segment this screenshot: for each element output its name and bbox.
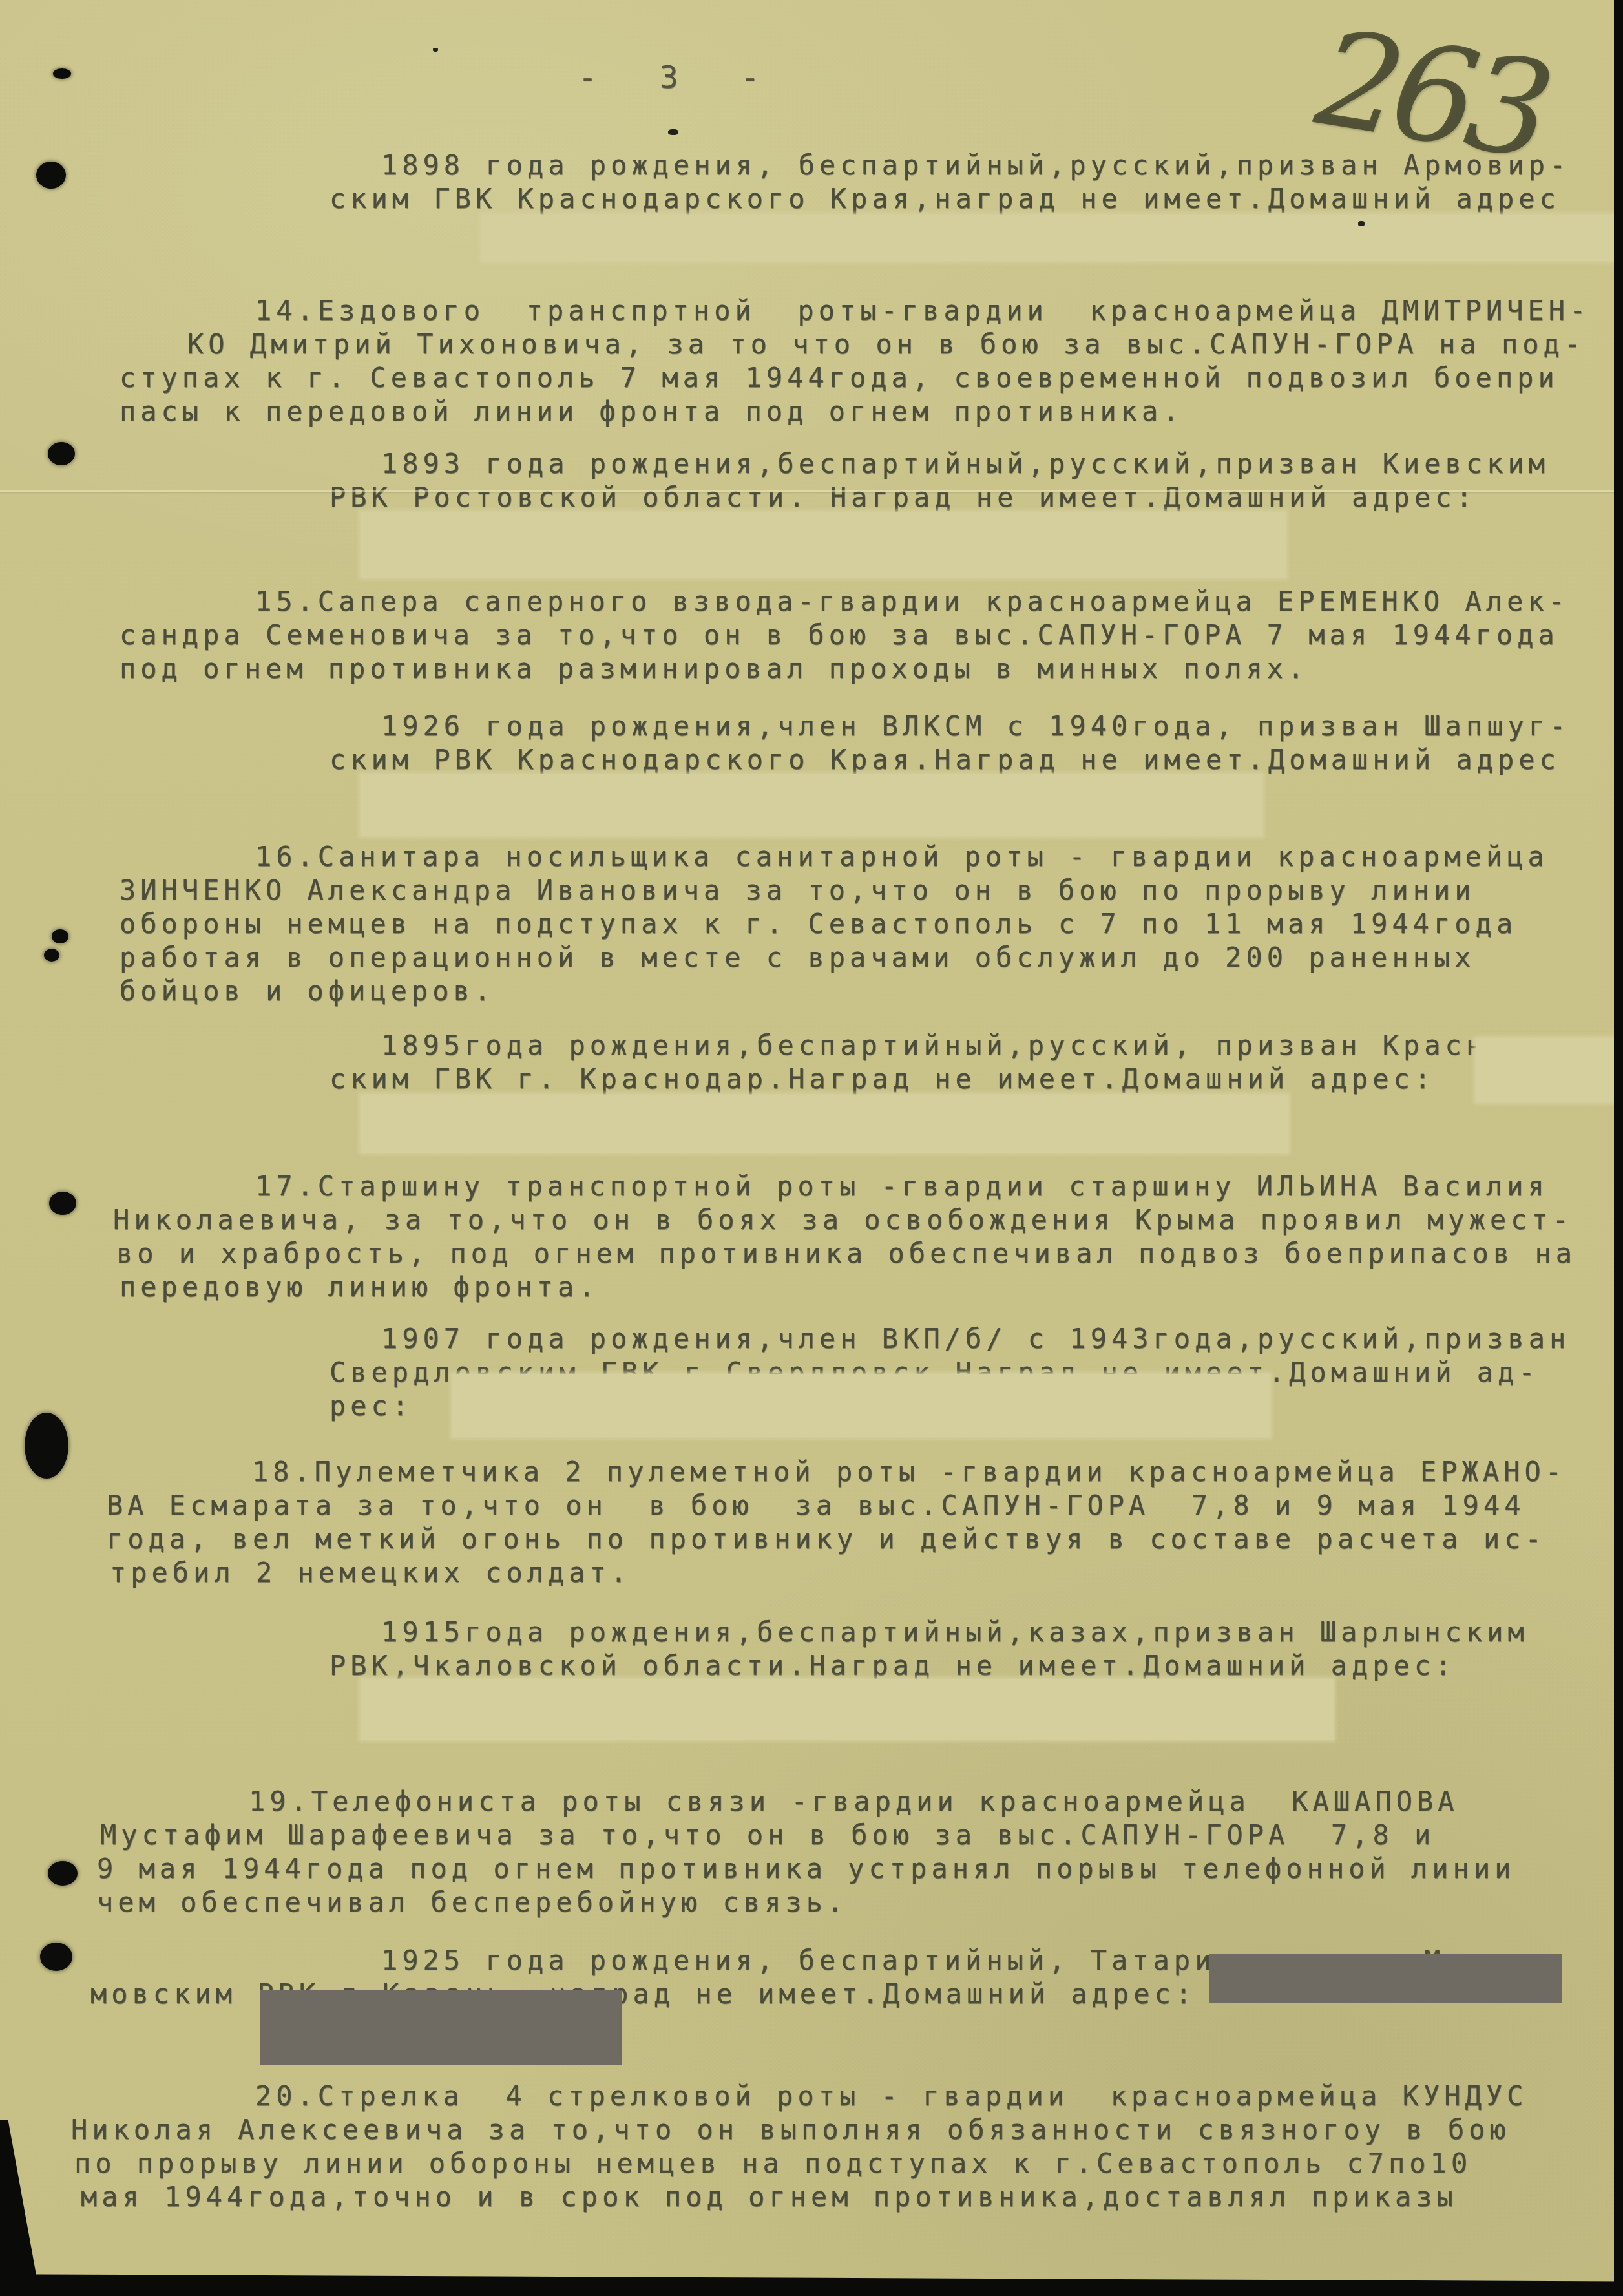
entry-13-continuation-bio-line: ским ГВК Краснодарского Края,наград не и… [330, 182, 1560, 216]
entry-18-bio-line: 1915года рождения,беспартийный,казах,при… [381, 1616, 1529, 1649]
entry-14-citation-line: КО Дмитрий Тихоновича, за то что он в бо… [187, 328, 1585, 361]
redaction-block-light [452, 1374, 1270, 1437]
punch-hole [36, 162, 66, 189]
entry-18-bio-line: РВК,Чкаловской области.Наград не имеет.Д… [330, 1649, 1456, 1683]
entry-19-citation-line: 19.Телефониста роты связи -гвардии красн… [249, 1785, 1459, 1818]
redaction-block-light [361, 512, 1286, 578]
redaction-block-light [1476, 1038, 1623, 1102]
punch-hole [25, 1413, 68, 1479]
entry-17-bio-line: 1907 года рождения,член ВКП/б/ с 1943год… [381, 1322, 1570, 1356]
entry-18-citation-line: 18.Пулеметчика 2 пулеметной роты -гварди… [252, 1455, 1566, 1489]
entry-16-citation-line: 16.Санитара носильщика санитарной роты -… [255, 840, 1549, 874]
entry-15-bio-line: ским РВК Краснодарского Края.Наград не и… [330, 743, 1560, 777]
entry-14-citation-line: пасы к передовой линии фронта под огнем … [120, 395, 1184, 428]
entry-17-citation-line: передовую линию фронта. [120, 1270, 600, 1304]
entry-20-citation-line: Николая Алексеевича за то,что он выполня… [71, 2113, 1511, 2147]
entry-14-citation-line: 14.Ездового транспртной роты-гвардии кра… [255, 294, 1590, 328]
redaction-block-light [361, 1095, 1288, 1153]
redaction-block-light [361, 774, 1262, 836]
entry-16-bio-line: 1895года рождения,беспартийный,русский, … [381, 1029, 1591, 1062]
redaction-block-dark [1209, 1954, 1562, 2003]
entry-19-bio-line: мовским РВК г.Казань. наград не имеет.До… [90, 1977, 1196, 2011]
entry-20-citation-line: по прорыву линии обороны немцев на подст… [74, 2147, 1472, 2180]
punch-hole [44, 949, 59, 962]
entry-13-continuation-bio-line: 1898 года рождения, беспартийный,русский… [381, 149, 1570, 182]
entry-17-bio-line: рес: [330, 1389, 413, 1423]
entry-19-citation-line: 9 мая 1944года под огнем противника устр… [97, 1852, 1515, 1886]
punch-hole [48, 442, 75, 465]
entry-20-citation-line: 20.Стрелка 4 стрелковой роты - гвардии к… [255, 2080, 1527, 2113]
paper-crease [0, 490, 1615, 492]
entry-18-citation-line: года, вел меткий огонь по противнику и д… [107, 1522, 1546, 1556]
entry-16-citation-line: ЗИНЧЕНКО Александра Ивановича за то,что … [120, 874, 1476, 907]
entry-17-citation-line: во и храбрость, под огнем противника обе… [116, 1237, 1576, 1270]
redaction-block-light [361, 1679, 1334, 1740]
redaction-block-dark [260, 1990, 622, 2065]
punch-hole [49, 1192, 76, 1215]
page-number: - 3 - [578, 59, 782, 96]
entry-18-citation-line: ВА Есмарата за то,что он в бою за выс.СА… [107, 1489, 1525, 1522]
entry-15-citation-line: сандра Семеновича за то,что он в бою за … [120, 618, 1559, 652]
entry-19-citation-line: чем обеспечивал бесперебойную связь. [97, 1886, 848, 1919]
entry-14-citation-line: ступах к г. Севастополь 7 мая 1944года, … [120, 361, 1559, 395]
paper-speck [668, 129, 678, 135]
paper-speck [1358, 221, 1365, 226]
redaction-block-light [481, 215, 1623, 261]
entry-15-citation-line: 15.Сапера саперного взвода-гвардии красн… [255, 585, 1569, 618]
entry-15-bio-line: 1926 года рождения,член ВЛКСМ с 1940года… [381, 710, 1570, 743]
entry-16-citation-line: бойцов и офицеров. [120, 974, 495, 1008]
entry-20-citation-line: мая 1944года,точно и в срок под огнем пр… [81, 2180, 1458, 2214]
entry-14-bio-line: 1893 года рождения,беспартийный,русский,… [381, 447, 1549, 481]
entry-19-citation-line: Мустафим Шарафеевича за то,что он в бою … [100, 1818, 1435, 1852]
paper-speck [433, 48, 438, 52]
punch-hole [40, 1943, 72, 1971]
entry-16-citation-line: работая в операционной в месте с врачами… [120, 941, 1476, 974]
entry-16-bio-line: ским ГВК г. Краснодар.Наград не имеет.До… [330, 1062, 1435, 1096]
entry-16-citation-line: обороны немцев на подступах к г. Севасто… [120, 907, 1517, 941]
punch-hole [48, 1861, 78, 1886]
entry-14-bio-line: РВК Ростовской области. Наград не имеет.… [330, 481, 1477, 514]
scanned-document: - 3 - 263 1898 года рождения, беспартийн… [0, 0, 1623, 2296]
entry-17-citation-line: Николаевича, за то,что он в боях за осво… [113, 1203, 1573, 1237]
entry-17-citation-line: 17.Старшину транспортной роты -гвардии с… [255, 1170, 1549, 1203]
entry-15-citation-line: под огнем противника разминировал проход… [120, 652, 1308, 686]
entry-18-citation-line: требил 2 немецких солдат. [110, 1556, 631, 1590]
punch-hole [52, 929, 68, 943]
punch-hole [53, 68, 71, 79]
scan-edge-right [1614, 0, 1623, 2296]
